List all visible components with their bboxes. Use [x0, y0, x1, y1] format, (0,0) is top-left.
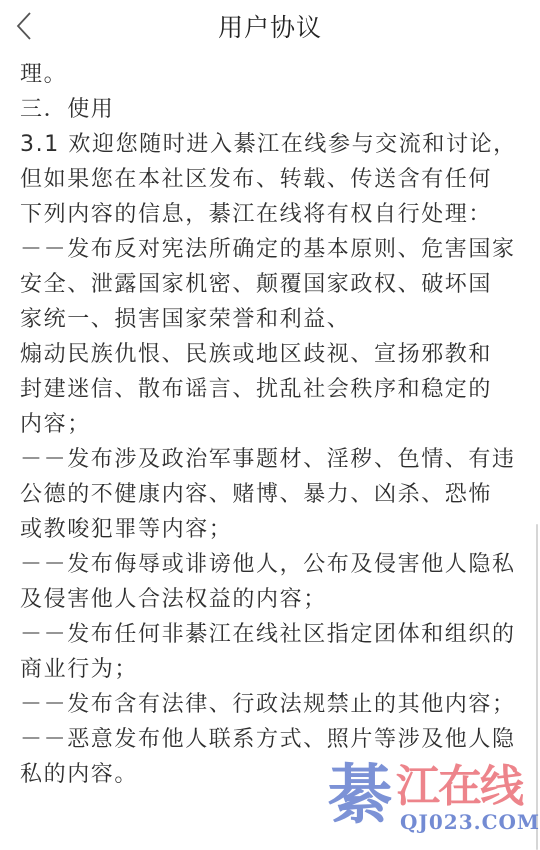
text-line: －－恶意发布他人联系方式、照片等涉及他人隐: [20, 722, 520, 757]
text-line: －－发布含有法律、行政法规禁止的其他内容；: [20, 687, 520, 722]
text-line: 封建迷信、散布谣言、扰乱社会秩序和稳定的: [20, 372, 520, 407]
agreement-text: 理。 三．使用 3.1 欢迎您随时进入綦江在线参与交流和讨论， 但如果您在本社区…: [20, 57, 520, 792]
page-title: 用户协议: [0, 12, 540, 44]
text-line: 内容；: [20, 407, 520, 442]
text-line: －－发布涉及政治军事题材、淫秽、色情、有违: [20, 442, 520, 477]
watermark-url: QJ023.COM: [400, 810, 540, 834]
section-heading: 三．使用: [20, 92, 520, 127]
vertical-scrollbar[interactable]: [536, 524, 538, 850]
text-line: －－发布反对宪法所确定的基本原则、危害国家: [20, 232, 520, 267]
text-line: 下列内容的信息，綦江在线将有权自行处理：: [20, 197, 520, 232]
text-line: 安全、泄露国家机密、颠覆国家政权、破坏国: [20, 267, 520, 302]
text-line: 但如果您在本社区发布、转载、传送含有任何: [20, 162, 520, 197]
text-line: 及侵害他人合法权益的内容；: [20, 582, 520, 617]
text-line: －－发布侮辱或诽谤他人，公布及侵害他人隐私: [20, 547, 520, 582]
text-line: 公德的不健康内容、赌博、暴力、凶杀、恐怖: [20, 477, 520, 512]
text-line: 理。: [20, 57, 520, 92]
text-line: 或教唆犯罪等内容；: [20, 512, 520, 547]
text-line: 商业行为；: [20, 652, 520, 687]
text-line: 家统一、损害国家荣誉和利益、: [20, 302, 520, 337]
text-line: －－发布任何非綦江在线社区指定团体和组织的: [20, 617, 520, 652]
text-line: 3.1 欢迎您随时进入綦江在线参与交流和讨论，: [20, 127, 520, 162]
text-line: 私的内容。: [20, 757, 520, 792]
top-nav-bar: 用户协议: [0, 0, 540, 56]
text-line: 煽动民族仇恨、民族或地区歧视、宣扬邪教和: [20, 337, 520, 372]
